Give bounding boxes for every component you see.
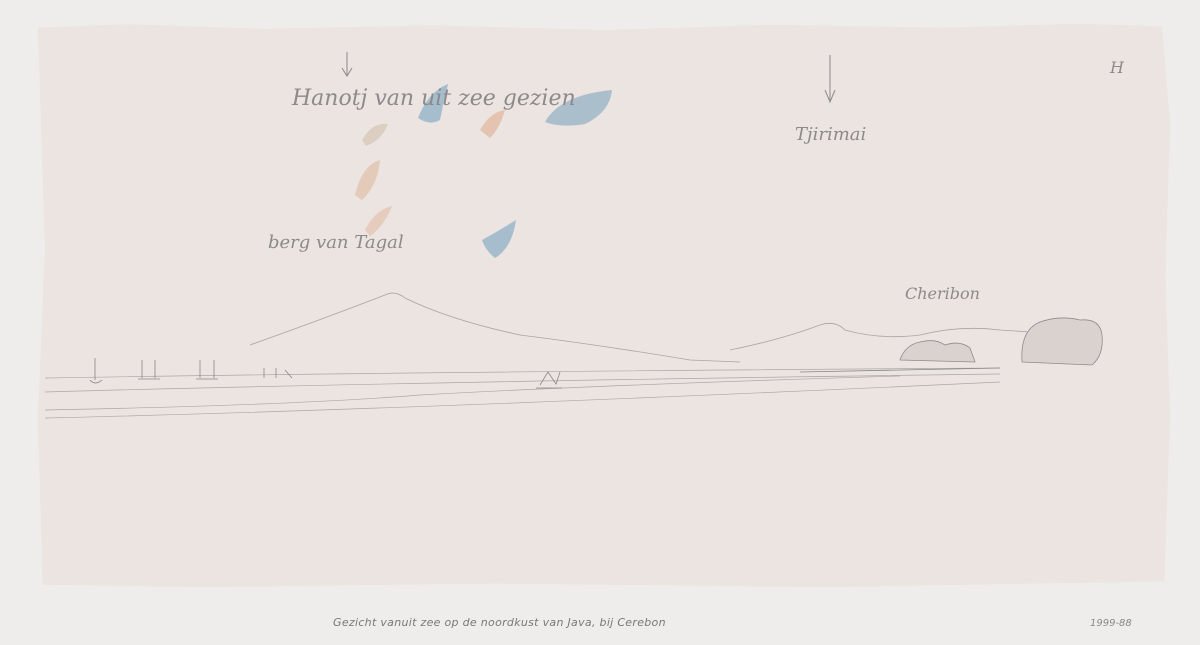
annotation-label: Tjirimai: [795, 124, 866, 145]
corner-mark: H: [1110, 58, 1124, 77]
artwork-caption: Gezicht vanuit zee op de noordkust van J…: [333, 616, 666, 629]
annotation-label: berg van Tagal: [268, 232, 404, 253]
annotation-label: Cheribon: [905, 284, 980, 303]
tree-line: [900, 318, 1102, 365]
sea-lines: [45, 368, 1000, 418]
pencil-sketch: [0, 0, 1200, 645]
inventory-number: 1999-88: [1090, 618, 1132, 629]
annotation-label: Hanotj van uit zee gezien: [292, 86, 576, 111]
ship-sketches: [90, 358, 562, 388]
